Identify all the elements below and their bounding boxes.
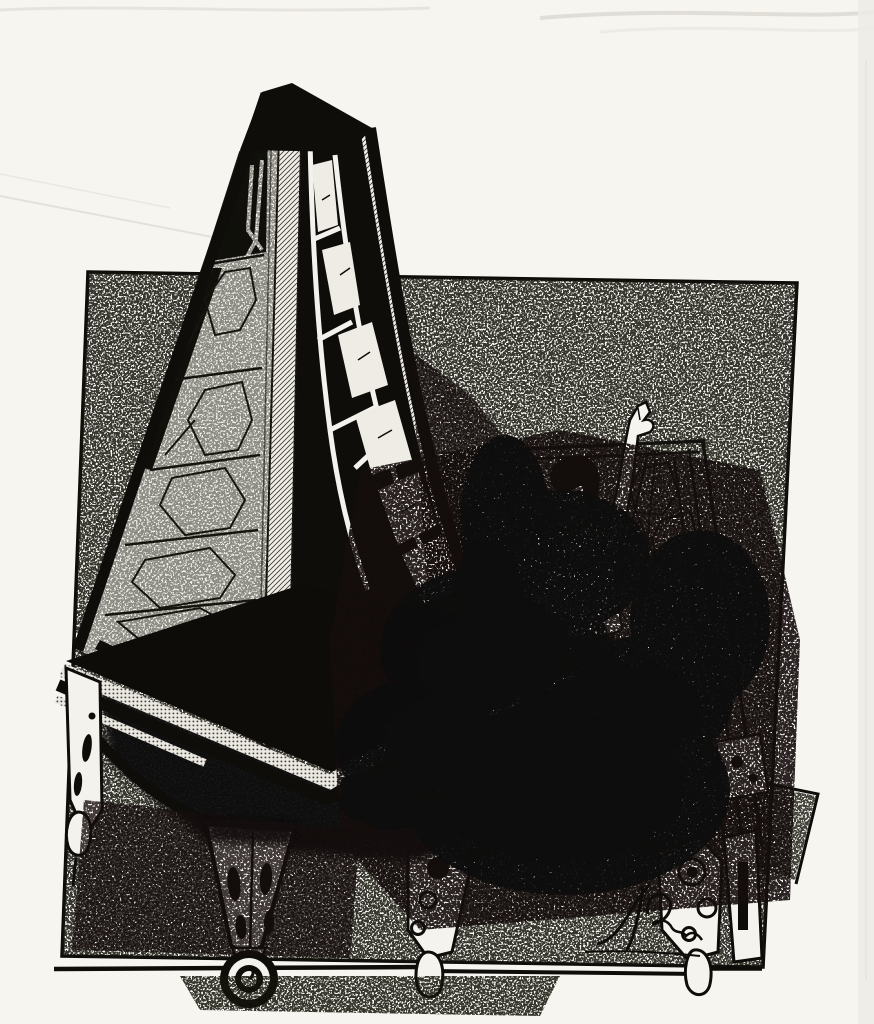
illustration-canvas: Pen-and-ink illustration: openwork obeli… <box>0 0 874 1024</box>
scanned-illustration-page: Pen-and-ink illustration: openwork obeli… <box>0 0 874 1024</box>
below-floor-speckle <box>180 976 560 1016</box>
